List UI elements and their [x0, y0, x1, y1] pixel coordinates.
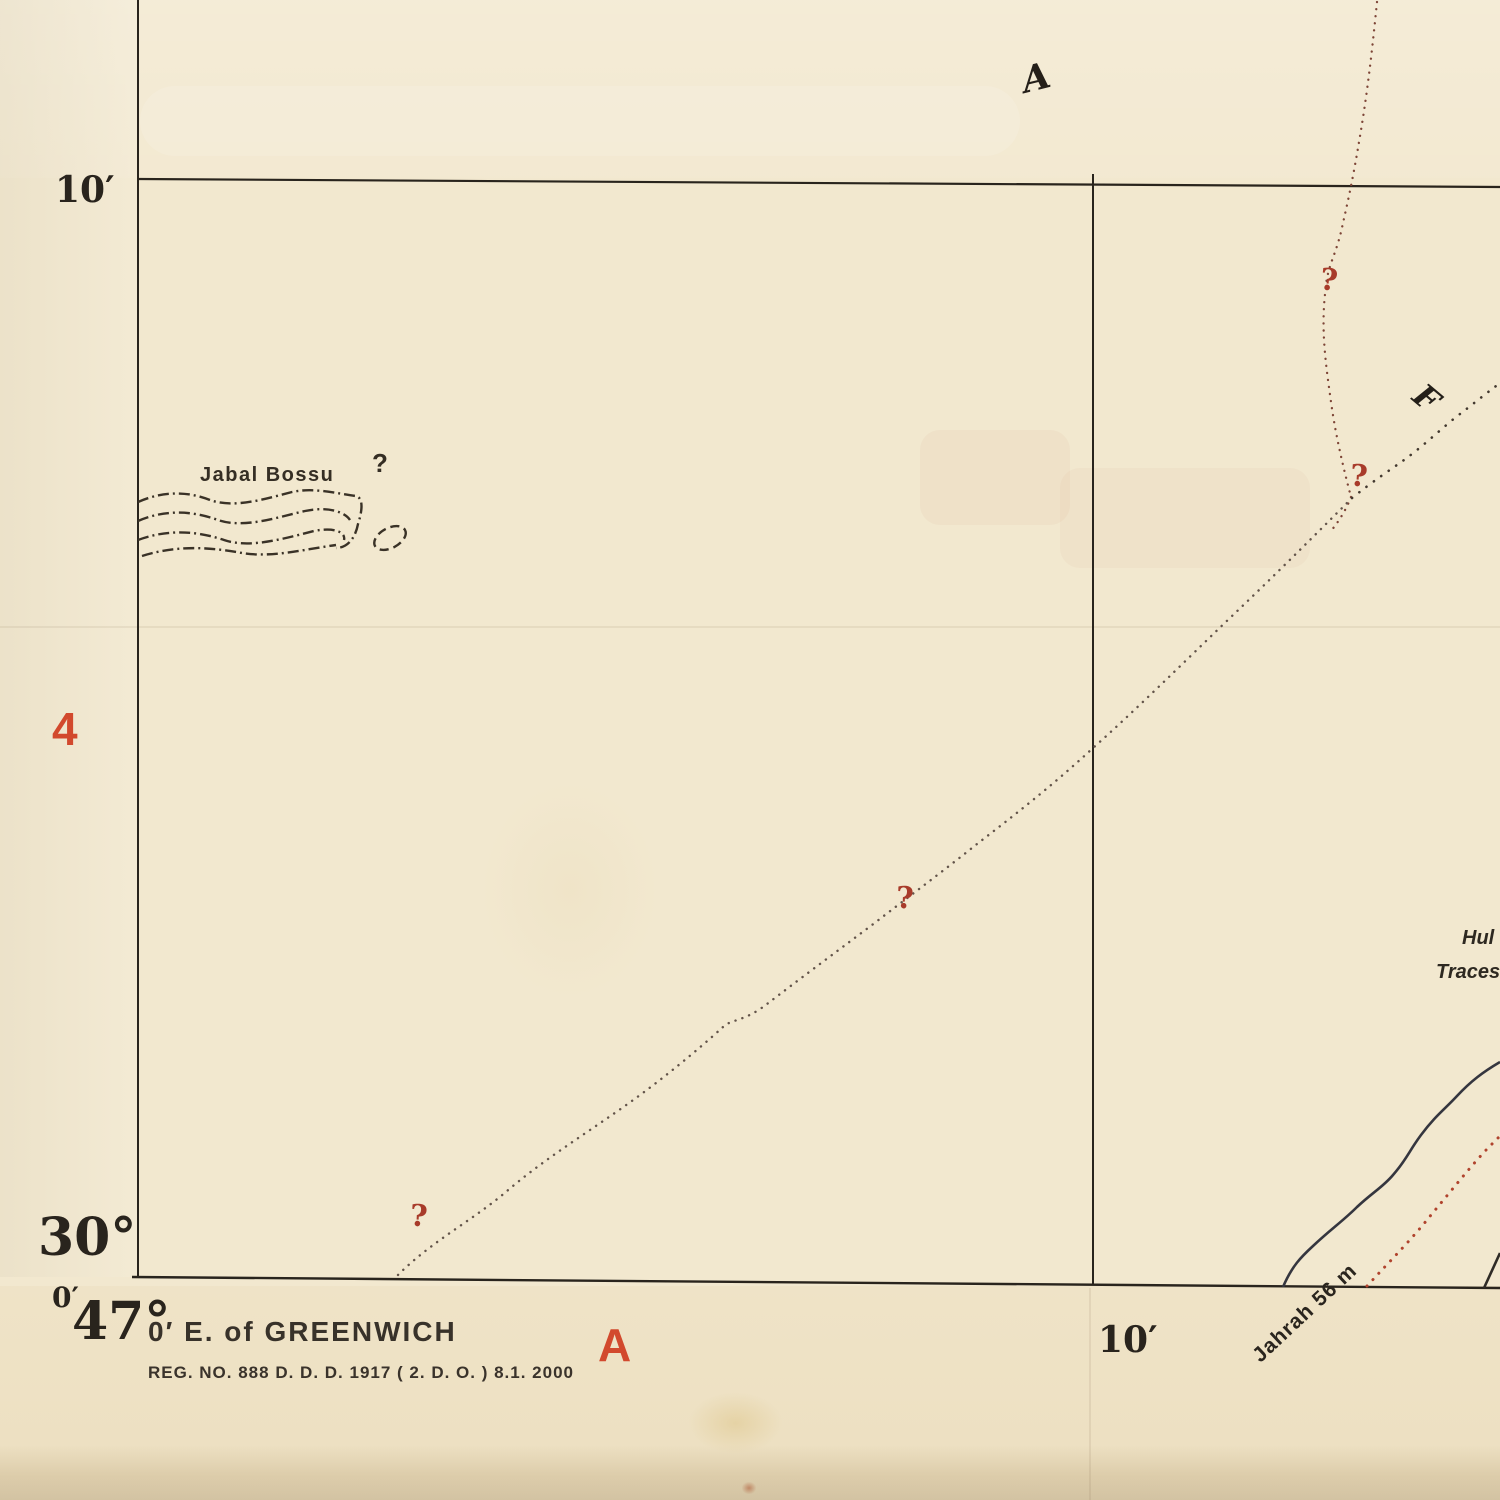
- neatline-bottom: [132, 1277, 1500, 1288]
- track-query-mark: ?: [1318, 265, 1339, 297]
- edge-clipped-label-line1: Hul: [1462, 928, 1494, 948]
- sheet-column-letter: A: [598, 1322, 631, 1368]
- contour-line: [138, 509, 350, 523]
- contour-line: [138, 490, 362, 548]
- corner-line: [1484, 1253, 1500, 1288]
- graticule-label-top-left: 10′: [55, 172, 115, 208]
- latitude-degrees-label: 30°: [38, 1212, 136, 1264]
- contour-knoll-oval: [370, 521, 409, 555]
- route-dotted-red: [1367, 1136, 1500, 1286]
- hill-query-mark: ?: [372, 450, 388, 476]
- track-query-mark: ?: [895, 884, 914, 915]
- sheet-row-number: 4: [52, 706, 78, 752]
- stream-line: [1283, 1062, 1500, 1287]
- track-query-mark: ?: [1349, 461, 1369, 492]
- map-linework: [0, 0, 1500, 1500]
- track-query-mark: ?: [409, 1202, 428, 1233]
- map-sheet: 10′ 30° 0′ 47° 10′ 0′ E. of GREENWICH RE…: [0, 0, 1500, 1500]
- registration-imprint: REG. NO. 888 D. D. D. 1917 ( 2. D. O. ) …: [148, 1364, 574, 1381]
- greenwich-reference-label: 0′ E. of GREENWICH: [148, 1318, 457, 1346]
- neatline-top: [138, 179, 1500, 187]
- contour-line: [142, 545, 336, 556]
- graticule-label-bottom: 10′: [1098, 1322, 1158, 1358]
- track-dotted-north-branch-hook: [1331, 497, 1351, 531]
- track-dotted-north-branch: [1324, 2, 1377, 497]
- hill-name-label: Jabal Bossu: [200, 465, 334, 485]
- edge-clipped-label-line2: Traces: [1436, 962, 1500, 982]
- hill-contours: [138, 490, 410, 556]
- track-dotted-main: [396, 498, 1352, 1277]
- contour-line: [138, 530, 344, 544]
